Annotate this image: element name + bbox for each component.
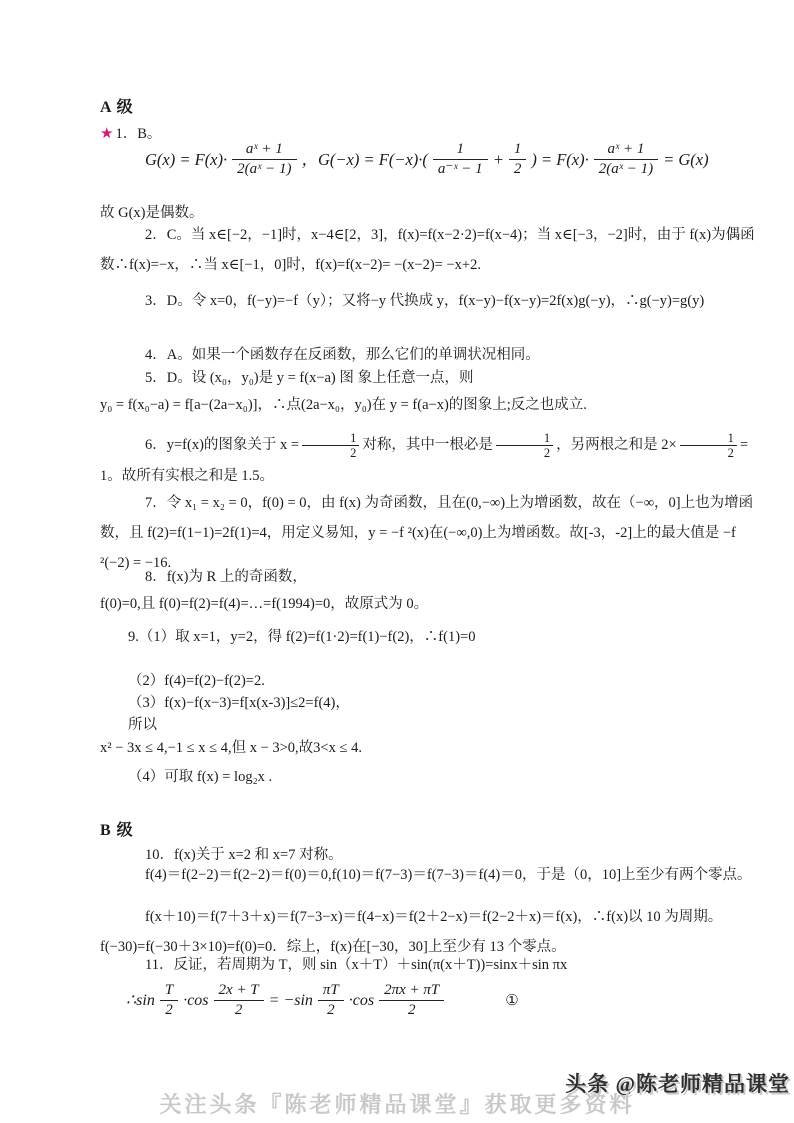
item-6-text: ，另两根之和是 2× (556, 437, 677, 453)
formula-text: + (491, 150, 506, 170)
solution-item-6: 6．y=f(x)的图象关于 x =12对称，其中一根必是12，另两根之和是 2×… (100, 430, 762, 491)
fraction-numerator: πT (318, 982, 344, 1001)
solution-item-9-inequality: x² − 3x ≤ 4,−1 ≤ x ≤ 4,但 x − 3>0,故3<x ≤ … (100, 733, 762, 763)
fraction: 2πx + πT2 (379, 982, 444, 1020)
formula-text: ·cos (181, 991, 210, 1010)
fraction: 12 (680, 431, 737, 461)
fraction-denominator: 2 (214, 1001, 264, 1019)
item-6-text: 6．y=f(x)的图象关于 x = (145, 437, 299, 453)
fraction-denominator: 2 (318, 1001, 344, 1019)
fraction-numerator: 1 (433, 141, 488, 160)
formula-text: = −sin (267, 991, 315, 1010)
fraction: 12 (302, 431, 359, 461)
fraction-numerator: 2x + T (214, 982, 264, 1001)
solution-item-8-line2: f(0)=0,且 f(0)=f(2)=f(4)=…=f(1994)=0，故原式为… (100, 589, 762, 619)
item-11-formula: ∴sinT2·cos2x + T2= −sinπT2·cos2πx + πT2① (124, 982, 786, 1020)
fraction: 12 (496, 431, 553, 461)
fraction-denominator: 2 (496, 446, 553, 460)
fraction-numerator: 2πx + πT (379, 982, 444, 1001)
fraction: 12 (509, 141, 527, 179)
solution-item-10-line2: f(4)＝f(2−2)＝f(2−2)＝f(0)＝0,f(10)＝f(7−3)＝f… (100, 860, 762, 890)
solution-item-9-part1: 9.（1）取 x=1，y=2，得 f(2)=f(1·2)=f(1)−f(2)，∴… (100, 622, 762, 652)
fraction-denominator: a⁻ˣ − 1 (433, 160, 488, 178)
solution-item-5-line1: 5．D。设 (x₀，y₀)是 y = f(x−a) 图 象上任意一点，则 (100, 363, 762, 393)
fraction-denominator: 2 (509, 160, 527, 178)
fraction: aˣ + 12(aˣ − 1) (232, 141, 296, 179)
formula-text: ) = F(x)· (529, 150, 590, 170)
fraction-numerator: 1 (496, 431, 553, 446)
solution-item-8-line1: 8．f(x)为 R 上的奇函数， (100, 562, 762, 592)
fraction: πT2 (318, 982, 344, 1020)
solution-item-2: 2．C。当 x∈[−2，−1]时，x−4∈[2，3]，f(x)=f(x−2·2)… (100, 220, 762, 280)
fraction-denominator: 2 (160, 1001, 178, 1019)
formula-text: ∴sin (124, 991, 157, 1010)
fraction-denominator: 2 (379, 1001, 444, 1019)
fraction-numerator: 1 (302, 431, 359, 446)
fraction: 2x + T2 (214, 982, 264, 1020)
formula-text: G(x) = F(x)· (143, 150, 229, 170)
document-page: A 级 ★1．B。 G(x) = F(x)·aˣ + 12(aˣ − 1)，G(… (0, 0, 794, 1123)
formula-text: ·cos (347, 991, 376, 1010)
solution-item-11-line1: 11．反证，若周期为 T，则 sin（x＋T）＋sin(π(x＋T))=sinx… (100, 950, 762, 980)
equation-number-badge: ① (505, 993, 518, 1009)
item-1-formula: G(x) = F(x)·aˣ + 12(aˣ − 1)，G(−x) = F(−x… (143, 141, 794, 179)
solution-item-9-part4: （4）可取 f(x) = log₂x . (100, 762, 762, 792)
fraction-denominator: 2 (680, 446, 737, 460)
formula-text: = G(x) (661, 150, 711, 170)
fraction-numerator: aˣ + 1 (232, 141, 296, 160)
fraction-numerator: 1 (680, 431, 737, 446)
fraction-denominator: 2(aˣ − 1) (594, 160, 658, 178)
item-1-label: 1．B。 (115, 126, 161, 142)
solution-item-5-line2: y₀ = f(x₀−a) = f[a−(2a−x₀)]，∴点(2a−x₀，y₀)… (100, 390, 762, 420)
fraction: T2 (160, 982, 178, 1020)
fraction-numerator: aˣ + 1 (594, 141, 658, 160)
fraction-numerator: T (160, 982, 178, 1001)
footer-watermark: 关注头条『陈老师精品课堂』获取更多资料 (0, 1088, 794, 1119)
item-6-text: 对称，其中一根必是 (362, 437, 493, 453)
fraction-denominator: 2(aˣ − 1) (232, 160, 296, 178)
star-icon: ★ (100, 126, 113, 142)
fraction: aˣ + 12(aˣ − 1) (594, 141, 658, 179)
fraction-denominator: 2 (302, 446, 359, 460)
solution-item-3: 3．D。令 x=0，f(−y)=−f（y）；又将−y 代换成 y，f(x−y)−… (100, 286, 762, 316)
fraction: 1a⁻ˣ − 1 (433, 141, 488, 179)
fraction-numerator: 1 (509, 141, 527, 160)
formula-text: ，G(−x) = F(−x)·( (300, 150, 430, 170)
